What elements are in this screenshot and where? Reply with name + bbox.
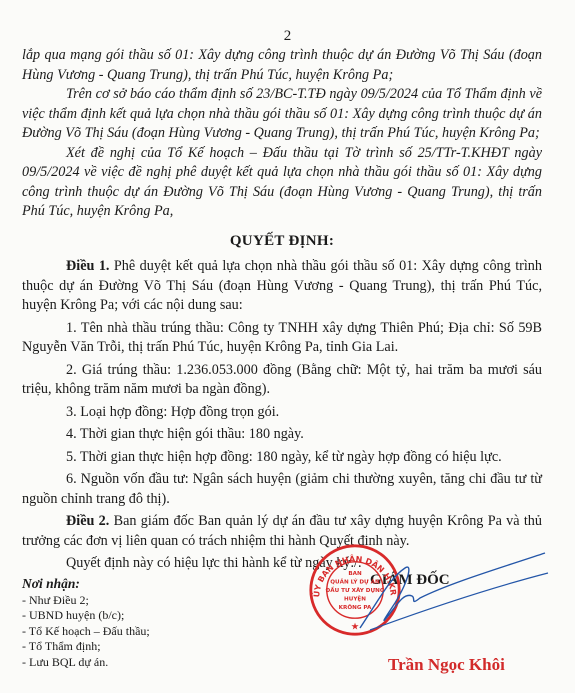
recipient-item: - Tổ Kế hoạch – Đấu thầu; <box>22 624 150 640</box>
signer-name: Trần Ngọc Khôi <box>388 655 505 675</box>
article-1-item: 2. Giá trúng thầu: 1.236.053.000 đồng (B… <box>22 361 542 400</box>
decision-title: QUYẾT ĐỊNH: <box>22 232 542 252</box>
recipient-item: - Tổ Thẩm định; <box>22 639 150 655</box>
article-1: Điều 1. Phê duyệt kết quả lựa chọn nhà t… <box>22 257 542 316</box>
preamble-appraisal-report: Trên cơ sở báo cáo thẩm định số 23/BC-T.… <box>22 85 542 144</box>
document-body: lắp qua mạng gói thầu số 01: Xây dựng cô… <box>22 46 542 574</box>
page-number: 2 <box>0 28 575 45</box>
recipient-item: - Như Điều 2; <box>22 593 150 609</box>
preamble-proposal: Xét đề nghị của Tổ Kế hoạch – Đấu thầu t… <box>22 144 542 222</box>
recipient-item: - UBND huyện (b/c); <box>22 608 150 624</box>
recipients-heading: Nơi nhận: <box>22 576 150 592</box>
article-1-item: 4. Thời gian thực hiện gói thầu: 180 ngà… <box>22 425 542 445</box>
article-1-item: 5. Thời gian thực hiện hợp đồng: 180 ngà… <box>22 448 542 468</box>
recipients-block: Nơi nhận: - Như Điều 2; - UBND huyện (b/… <box>22 576 150 670</box>
recipient-item: - Lưu BQL dự án. <box>22 655 150 671</box>
article-1-label: Điều 1. <box>66 258 109 274</box>
article-1-item: 3. Loại hợp đồng: Hợp đồng trọn gói. <box>22 403 542 423</box>
article-2: Điều 2. Ban giám đốc Ban quản lý dự án đ… <box>22 512 542 551</box>
preamble-continuation: lắp qua mạng gói thầu số 01: Xây dựng cô… <box>22 46 542 85</box>
article-2-label: Điều 2. <box>66 513 109 529</box>
article-1-item: 1. Tên nhà thầu trúng thầu: Công ty TNHH… <box>22 319 542 358</box>
handwritten-signature-icon <box>350 548 550 638</box>
article-1-item: 6. Nguồn vốn đầu tư: Ngân sách huyện (gi… <box>22 470 542 509</box>
